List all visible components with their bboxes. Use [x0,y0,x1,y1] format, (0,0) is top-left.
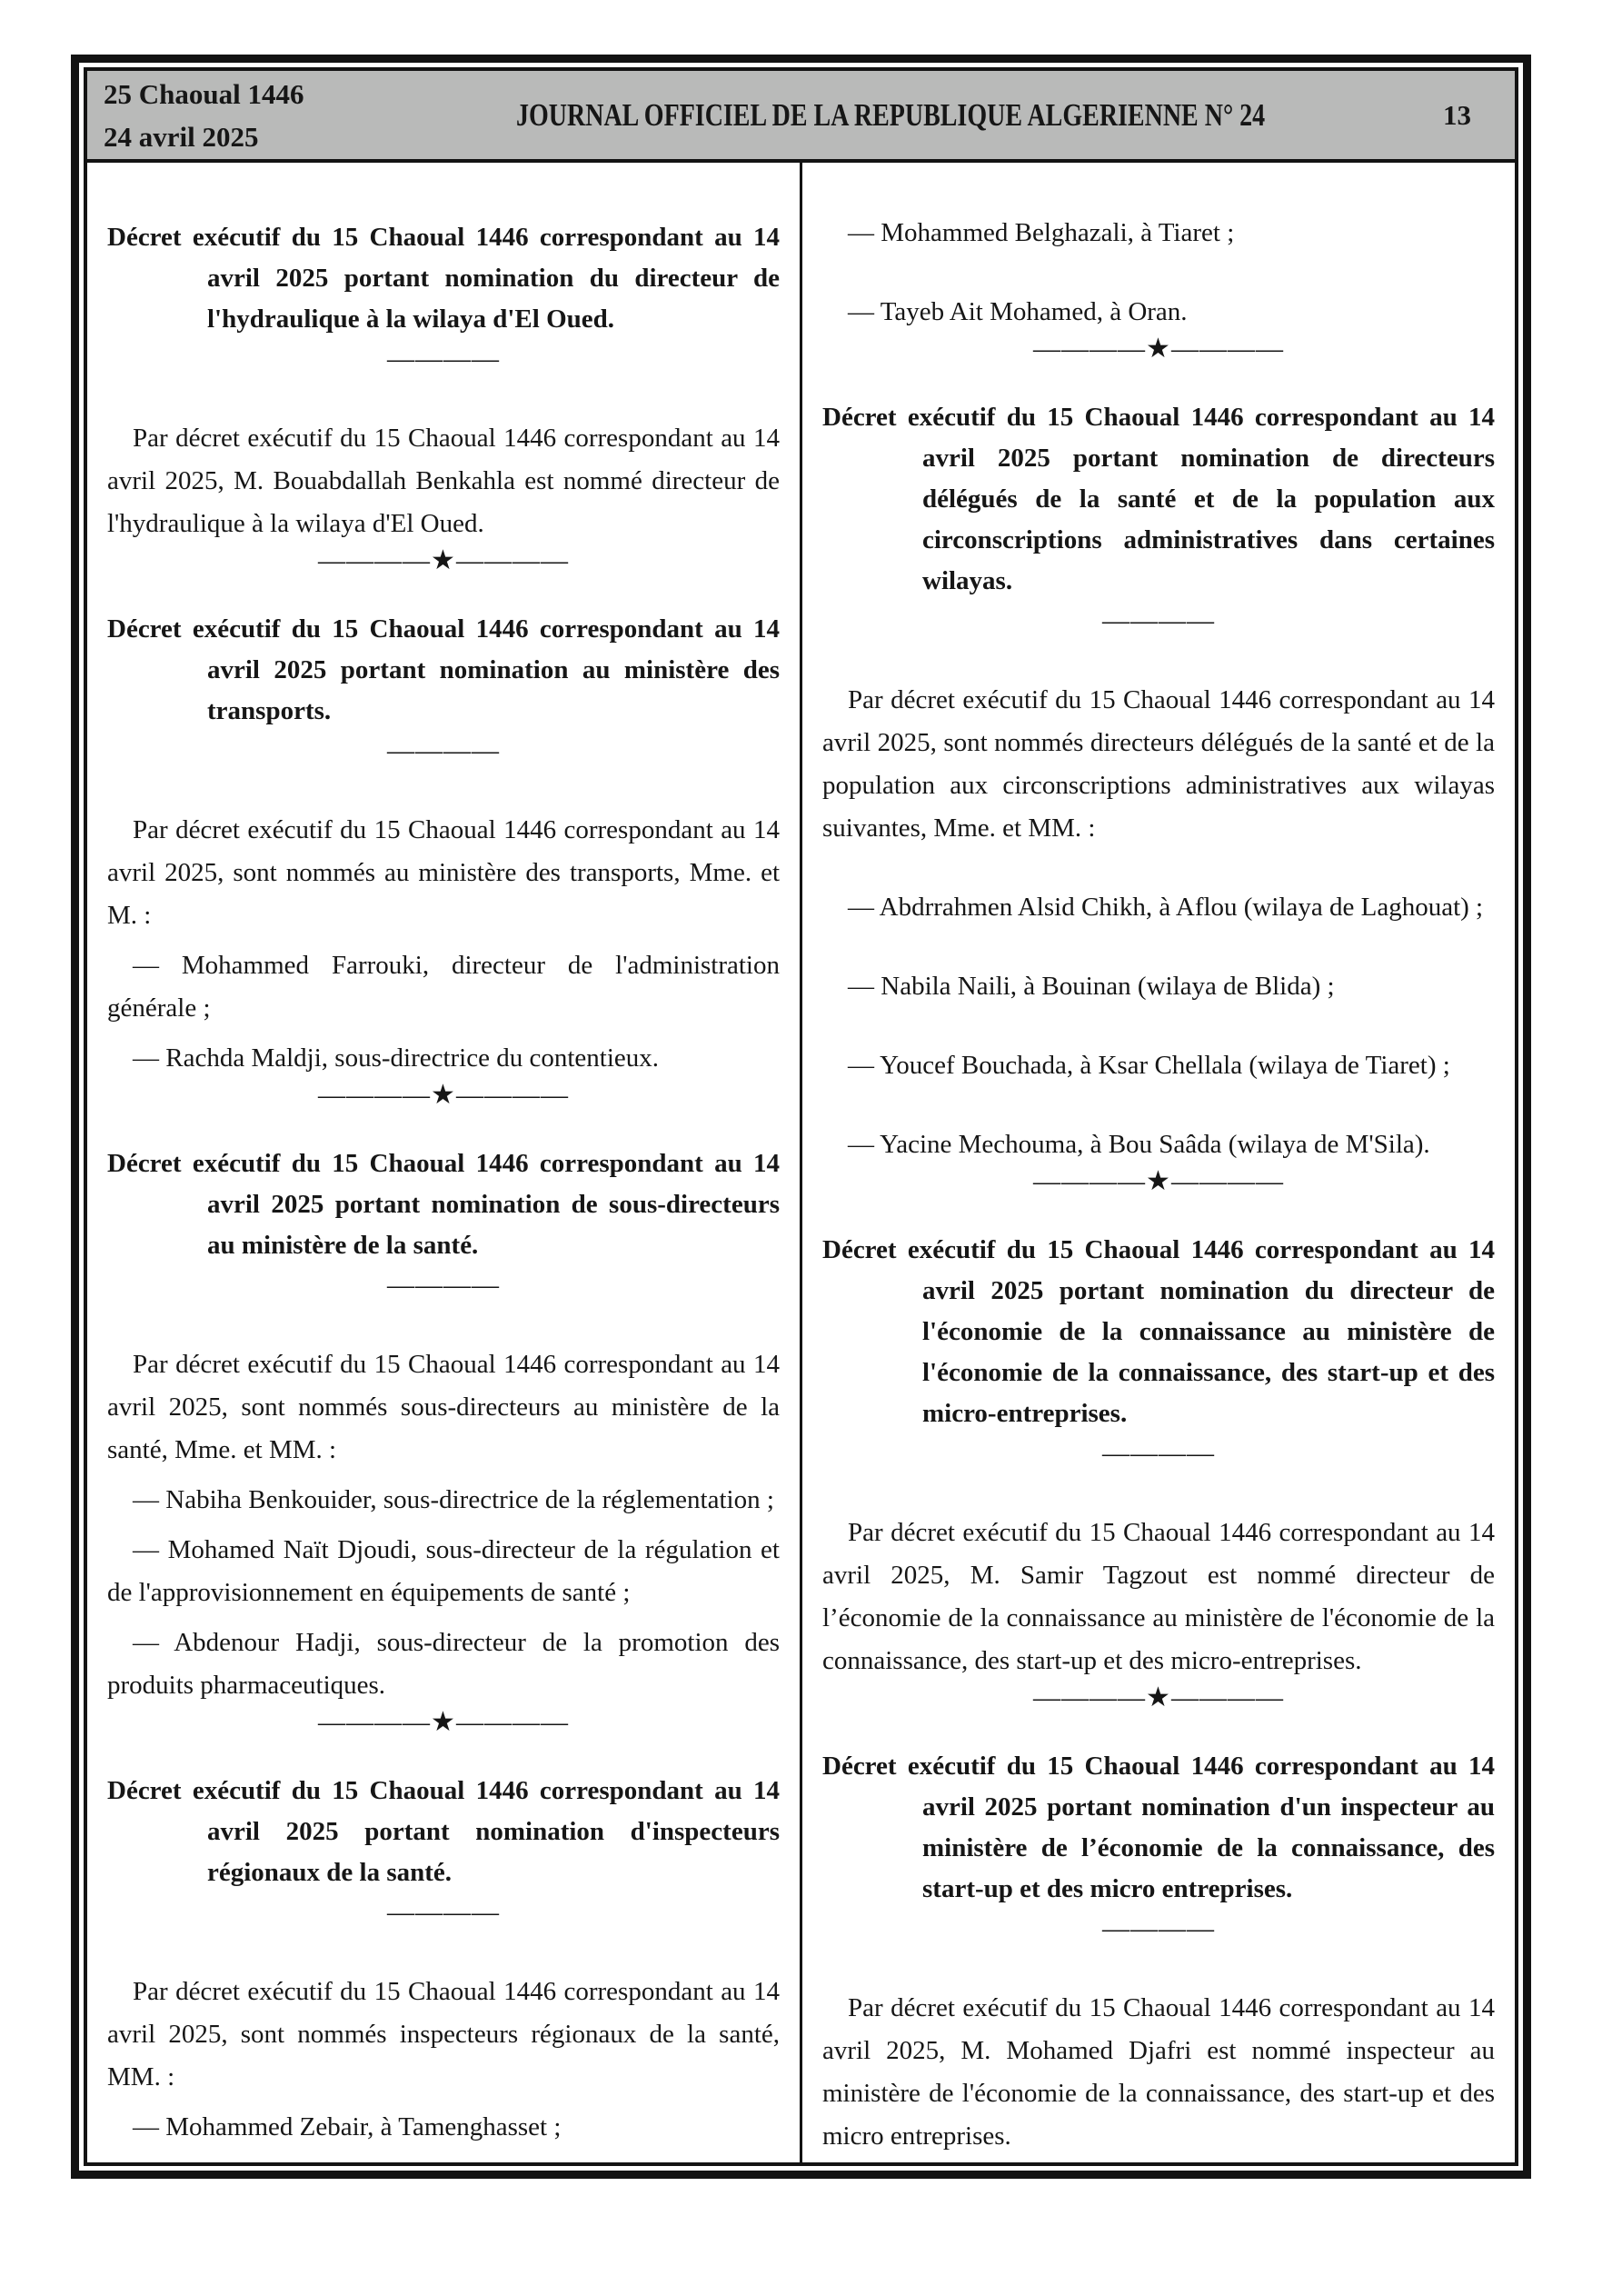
star-separator: ————★———— [107,1080,780,1111]
dash-separator: ———— [107,1271,780,1300]
decree-title: Décret exécutif du 15 Chaoual 1446 corre… [822,1230,1495,1434]
decree-paragraph: Par décret exécutif du 15 Chaoual 1446 c… [822,1512,1495,1682]
appointment-list-item: — Nabila Naili, à Bouinan (wilaya de Bli… [822,965,1495,1008]
decree-title: Décret exécutif du 15 Chaoual 1446 corre… [822,1746,1495,1910]
dash-separator: ———— [107,736,780,765]
decree-paragraph: Par décret exécutif du 15 Chaoual 1446 c… [107,417,780,545]
appointment-list-item: — Abdenour Hadji, sous-directeur de la p… [107,1622,780,1707]
page-content: Décret exécutif du 15 Chaoual 1446 corre… [87,163,1515,2162]
decree-paragraph: Par décret exécutif du 15 Chaoual 1446 c… [822,679,1495,850]
decree-title: Décret exécutif du 15 Chaoual 1446 corre… [107,609,780,732]
page-frame-inner: 25 Chaoual 1446 24 avril 2025 JOURNAL OF… [84,67,1518,2166]
hijri-date: 25 Chaoual 1446 [104,73,403,115]
appointment-list-item: — Mohammed Zebair, à Tamenghasset ; [107,2106,780,2149]
appointment-list-item: — Mohammed Farrouki, directeur de l'admi… [107,944,780,1030]
page-frame: 25 Chaoual 1446 24 avril 2025 JOURNAL OF… [71,55,1531,2179]
decree-paragraph: Par décret exécutif du 15 Chaoual 1446 c… [822,1987,1495,2158]
decree-paragraph: Par décret exécutif du 15 Chaoual 1446 c… [107,809,780,937]
appointment-list-item: — Yacine Mechouma, à Bou Saâda (wilaya d… [822,1123,1495,1166]
journal-title: JOURNAL OFFICIEL DE LA REPUBLIQUE ALGERI… [516,97,1265,134]
page-header: 25 Chaoual 1446 24 avril 2025 JOURNAL OF… [87,71,1515,163]
decree-title: Décret exécutif du 15 Chaoual 1446 corre… [107,217,780,340]
star-separator: ————★———— [822,1682,1495,1713]
appointment-list-item: — Rachda Maldji, sous-directrice du cont… [107,1037,780,1080]
appointment-list-item: — Mohammed Belghazali, à Tiaret ; [822,212,1495,255]
star-separator: ————★———— [107,545,780,576]
header-dates: 25 Chaoual 1446 24 avril 2025 [87,73,403,158]
appointment-list-item: — Youcef Bouchada, à Ksar Chellala (wila… [822,1044,1495,1087]
left-column: Décret exécutif du 15 Chaoual 1446 corre… [87,163,800,2162]
dash-separator: ———— [822,1914,1495,1943]
decree-title: Décret exécutif du 15 Chaoual 1446 corre… [822,397,1495,602]
appointment-list-item: — Mohamed Naït Djoudi, sous-directeur de… [107,1529,780,1614]
star-separator: ————★———— [107,1707,780,1738]
appointment-list-item: — Nabiha Benkouider, sous-directrice de … [107,1479,780,1522]
right-column: — Mohammed Belghazali, à Tiaret ; — Taye… [802,163,1515,2162]
dash-separator: ———— [822,1439,1495,1468]
dash-separator: ———— [107,344,780,374]
dash-separator: ———— [107,1898,780,1927]
gregorian-date: 24 avril 2025 [104,115,403,158]
decree-paragraph: Par décret exécutif du 15 Chaoual 1446 c… [107,1971,780,2099]
decree-paragraph: Par décret exécutif du 15 Chaoual 1446 c… [107,1343,780,1472]
star-separator: ————★———— [822,1166,1495,1197]
appointment-list-item: — Abdrrahmen Alsid Chikh, à Aflou (wilay… [822,886,1495,929]
decree-title: Décret exécutif du 15 Chaoual 1446 corre… [107,1771,780,1893]
page-number: 13 [1378,99,1515,132]
dash-separator: ———— [822,606,1495,635]
appointment-list-item: — Tayeb Ait Mohamed, à Oran. [822,291,1495,334]
journal-title-wrap: JOURNAL OFFICIEL DE LA REPUBLIQUE ALGERI… [403,97,1378,134]
star-separator: ————★———— [822,334,1495,364]
decree-title: Décret exécutif du 15 Chaoual 1446 corre… [107,1143,780,1266]
